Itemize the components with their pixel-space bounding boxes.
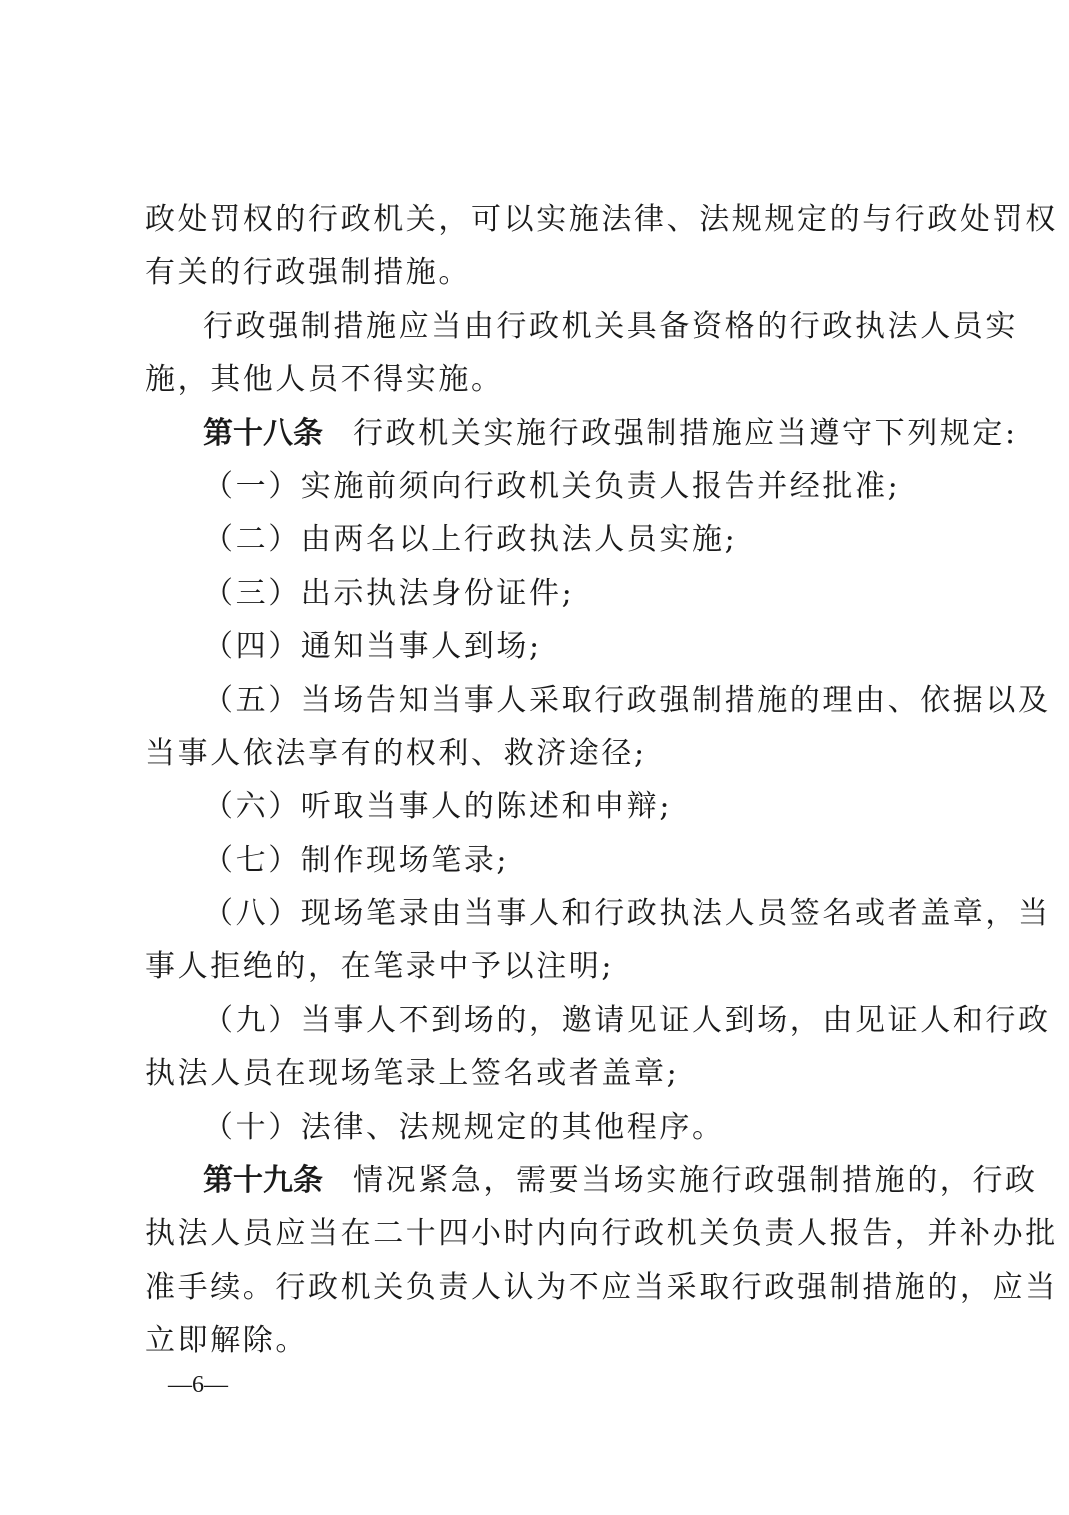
list-item-continuation: 执法人员在现场笔录上签名或者盖章;	[145, 1047, 945, 1100]
text-line: 有关的行政强制措施。	[145, 246, 945, 299]
list-item: （九）当事人不到场的，邀请见证人到场，由见证人和行政	[145, 994, 945, 1047]
list-item-continuation: 事人拒绝的，在笔录中予以注明;	[145, 940, 945, 993]
article-18-intro: 行政机关实施行政强制措施应当遵守下列规定:	[353, 416, 1018, 451]
article-18-intro-line: 第十八条行政机关实施行政强制措施应当遵守下列规定:	[145, 407, 945, 460]
text-line: 执法人员应当在二十四小时内向行政机关负责人报告，并补办批	[145, 1207, 945, 1260]
article-19-heading: 第十九条	[203, 1163, 323, 1198]
text-line: 政处罚权的行政机关，可以实施法律、法规规定的与行政处罚权	[145, 193, 945, 246]
list-item: （七）制作现场笔录;	[145, 834, 945, 887]
list-item: （六）听取当事人的陈述和申辩;	[145, 780, 945, 833]
text-line: 施，其他人员不得实施。	[145, 353, 945, 406]
list-item: （五）当场告知当事人采取行政强制措施的理由、依据以及	[145, 674, 945, 727]
list-item: （三）出示执法身份证件;	[145, 567, 945, 620]
list-item: （十）法律、法规规定的其他程序。	[145, 1101, 945, 1154]
list-item: （二）由两名以上行政执法人员实施;	[145, 513, 945, 566]
list-item: （一）实施前须向行政机关负责人报告并经批准;	[145, 460, 945, 513]
list-item-continuation: 当事人依法享有的权利、救济途径;	[145, 727, 945, 780]
page-number: —6—	[168, 1372, 228, 1399]
text-line: 行政强制措施应当由行政机关具备资格的行政执法人员实	[145, 300, 945, 353]
text-line: 立即解除。	[145, 1314, 945, 1367]
list-item: （八）现场笔录由当事人和行政执法人员签名或者盖章，当	[145, 887, 945, 940]
article-19-first-line: 第十九条情况紧急，需要当场实施行政强制措施的，行政	[145, 1154, 945, 1207]
list-item: （四）通知当事人到场;	[145, 620, 945, 673]
text-line: 准手续。行政机关负责人认为不应当采取行政强制措施的，应当	[145, 1261, 945, 1314]
document-page: 政处罚权的行政机关，可以实施法律、法规规定的与行政处罚权 有关的行政强制措施。 …	[145, 193, 945, 1368]
article-18-heading: 第十八条	[203, 416, 323, 451]
article-19-text: 情况紧急，需要当场实施行政强制措施的，行政	[353, 1163, 1038, 1198]
